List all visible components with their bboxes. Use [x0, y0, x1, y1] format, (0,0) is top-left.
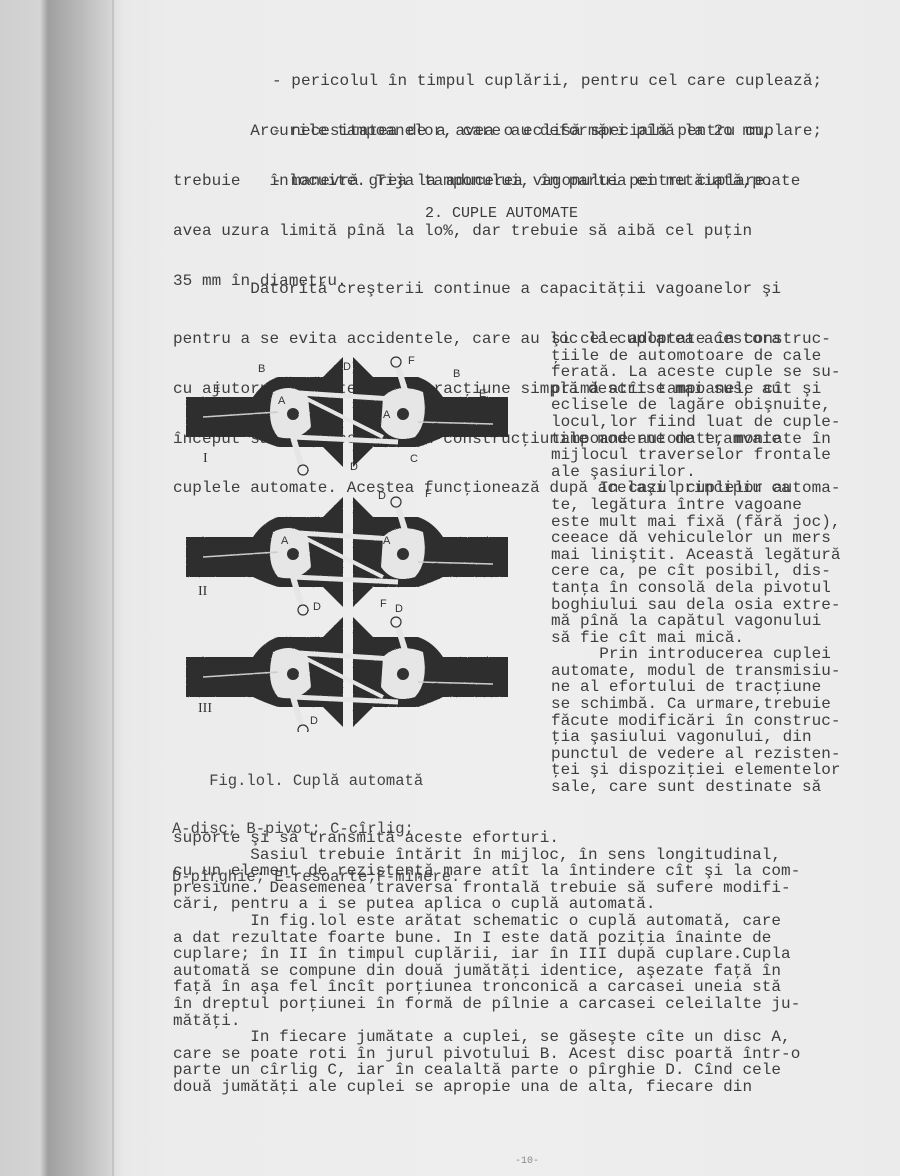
- svg-text:E: E: [479, 388, 486, 400]
- text-line: ţia şasiului vagonului, din: [551, 729, 841, 746]
- text-line: două jumătăţi ale cuplei se apropie una …: [173, 1079, 800, 1096]
- coupler-panel-ii: [186, 497, 508, 615]
- text-line: presiune. Deasemenea traversa frontală t…: [173, 880, 800, 897]
- text-line: boghiului sau dela osia extre-: [551, 597, 841, 614]
- text-line: Datorită creşterii continue a capacităţi…: [173, 281, 791, 298]
- paragraph-main: suporte şi să transmită aceste eforturi.…: [173, 830, 800, 1096]
- text-line: automate, modul de transmisiu-: [551, 663, 841, 680]
- text-line: mijlocul traverselor frontale: [551, 447, 841, 464]
- text-line: şi cele adoptate în construc-: [551, 331, 841, 348]
- text-line: se schimbă. Ca urmare,trebuie: [551, 696, 841, 713]
- text-line: punctul de vedere al rezisten-: [551, 746, 841, 763]
- text-line: ţiile de automotoare de cale: [551, 348, 841, 365]
- text-line: care se poate roti în jurul pivotului B.…: [173, 1046, 800, 1063]
- svg-text:E: E: [455, 568, 462, 580]
- book-spine-shadow: [0, 0, 120, 1176]
- page-edge: [112, 0, 114, 1176]
- svg-text:D: D: [378, 490, 386, 502]
- text-line: Sasiul trebuie întărit în mijloc, în sen…: [173, 847, 800, 864]
- text-line: mătăţi.: [173, 1013, 800, 1030]
- svg-text:D: D: [395, 603, 403, 615]
- text-line: mai liniştit. Această legătură: [551, 547, 841, 564]
- svg-text:B: B: [453, 368, 460, 380]
- text-line: făcute modificări în construc-: [551, 713, 841, 730]
- text-line: suporte şi să transmită aceste eforturi.: [173, 830, 800, 847]
- text-line: cări, pentru a i se putea aplica o cuplă…: [173, 896, 800, 913]
- svg-text:A: A: [281, 535, 289, 547]
- svg-text:A: A: [383, 535, 391, 547]
- text-line: ale şasiurilor.: [551, 464, 841, 481]
- text-line: ferată. La aceste cuple se su-: [551, 364, 841, 381]
- svg-text:A: A: [278, 395, 286, 407]
- text-line: tampoane automate, montate în: [551, 431, 841, 448]
- text-line: In fiecare jumătate a cuplei, se găseşte…: [173, 1029, 800, 1046]
- text-line: cuplare; în II în timpul cuplării, iar î…: [173, 946, 800, 963]
- text-line: automată se compune din două jumătăţi id…: [173, 963, 800, 980]
- text-line: cere ca, pe cît posibil, dis-: [551, 563, 841, 580]
- text-line: mă pînă la capătul vagonului: [551, 613, 841, 630]
- text-line: să fie cît mai mică.: [551, 630, 841, 647]
- page-number: -10-: [515, 1156, 539, 1167]
- text-line: în dreptul porţiunei în formă de pîlnie …: [173, 996, 800, 1013]
- text-line: In cazul cuplelor automa-: [551, 480, 841, 497]
- svg-text:I: I: [203, 451, 208, 466]
- svg-text:F: F: [380, 598, 387, 610]
- svg-text:D: D: [343, 361, 351, 373]
- text-line: In fig.lol este arătat schematic o cuplă…: [173, 913, 800, 930]
- text-line: faţă în aşa fel încît porţiunea tronconi…: [173, 979, 800, 996]
- svg-text:F: F: [408, 355, 415, 367]
- svg-text:D: D: [313, 601, 321, 613]
- text-line: Arcurile tampoanelor, care au deformări …: [173, 123, 800, 140]
- text-line: ţei şi dispoziţiei elementelor: [551, 762, 841, 779]
- svg-text:D: D: [350, 461, 358, 473]
- text-line: a dat rezultate foarte bune. In I este d…: [173, 930, 800, 947]
- text-line: este mult mai fixă (fără joc),: [551, 514, 841, 531]
- text-line: sale, care sunt destinate să: [551, 779, 841, 796]
- text-line: avea uzura limită pînă la lo%, dar trebu…: [173, 223, 800, 240]
- text-line: parte un cîrlig C, iar în cealaltă parte…: [173, 1062, 800, 1079]
- text-line: ceeace dă vehiculelor un mers: [551, 530, 841, 547]
- svg-text:D: D: [310, 715, 318, 727]
- text-line: cu un element de rezistenţă mare atît la…: [173, 863, 800, 880]
- svg-text:III: III: [198, 701, 212, 716]
- coupler-figure: EBA DFB EAC D I DF AAE II DFD III D: [183, 352, 513, 732]
- text-line: Prin introducerea cuplei: [551, 646, 841, 663]
- text-line: locul,lor fiind luat de cuple-: [551, 414, 841, 431]
- text-line: eclisele de lagăre obişnuite,: [551, 397, 841, 414]
- svg-text:E: E: [213, 383, 220, 395]
- caption-title: Fig.lol. Cuplă automată: [172, 773, 460, 789]
- svg-text:B: B: [258, 363, 265, 375]
- text-line: trebuie înlocuite. Tija tamponului, în p…: [173, 173, 800, 190]
- section-heading: 2. CUPLE AUTOMATE: [425, 205, 578, 222]
- list-item: - pericolul în timpul cuplării, pentru c…: [272, 73, 822, 90]
- side-column-text: şi cele adoptate în construc-ţiile de au…: [551, 331, 841, 796]
- text-line: primă atît tampoanele cît şi: [551, 381, 841, 398]
- svg-text:II: II: [198, 584, 208, 599]
- svg-text:C: C: [410, 453, 418, 465]
- coupler-panel-iii: [186, 617, 508, 732]
- text-line: tanţa în consolă dela pivotul: [551, 580, 841, 597]
- text-line: te, legătura între vagoane: [551, 497, 841, 514]
- svg-text:A: A: [383, 409, 391, 421]
- svg-text:F: F: [425, 488, 432, 500]
- text-line: ne al efortului de tracţiune: [551, 679, 841, 696]
